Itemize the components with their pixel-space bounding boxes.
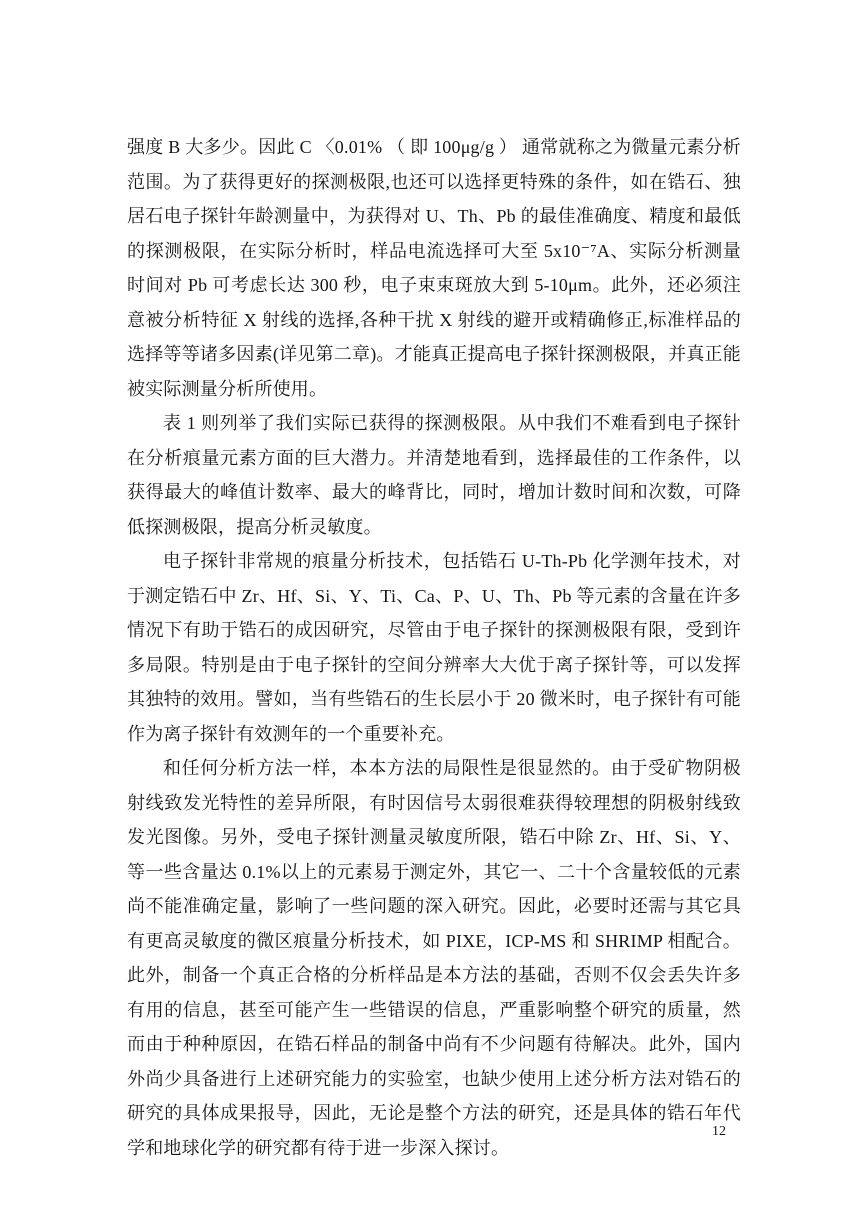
- body-paragraph: 电子探针非常规的痕量分析技术，包括锆石 U-Th-Pb 化学测年技术，对于测定锆…: [127, 544, 741, 751]
- body-paragraph: 和任何分析方法一样，本本方法的局限性是很显然的。由于受矿物阴极射线致发光特性的差…: [127, 751, 741, 1165]
- page-number: 12: [712, 1124, 726, 1140]
- body-paragraph: 表 1 则列举了我们实际已获得的探测极限。从中我们不难看到电子探针在分析痕量元素…: [127, 406, 741, 544]
- page-body-text: 强度 B 大多少。因此 C 〈0.01% （ 即 100μg/g ） 通常就称之…: [127, 130, 741, 1165]
- document-page: 强度 B 大多少。因此 C 〈0.01% （ 即 100μg/g ） 通常就称之…: [0, 0, 860, 1216]
- body-paragraph: 强度 B 大多少。因此 C 〈0.01% （ 即 100μg/g ） 通常就称之…: [127, 130, 741, 406]
